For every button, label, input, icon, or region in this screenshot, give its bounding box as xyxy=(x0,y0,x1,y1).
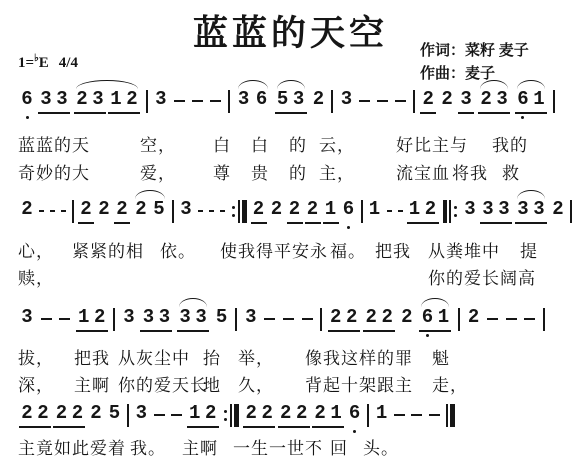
lyric-segment: 依。 xyxy=(160,237,196,262)
lyric-segment: 魁 xyxy=(432,344,450,369)
lyric-segment: 拔， xyxy=(18,344,54,369)
barline-stroke xyxy=(172,200,174,223)
duration-dash xyxy=(392,402,407,428)
lyric-segment: 云， xyxy=(319,131,355,156)
note: 2 xyxy=(269,198,285,224)
lyric-segment: 紧紧的相 xyxy=(72,237,144,262)
slur-group: 36 xyxy=(235,88,271,114)
barline-stroke xyxy=(331,90,333,113)
beamed-note-group: 22 xyxy=(363,306,395,332)
barline xyxy=(228,88,230,114)
note: 3 xyxy=(515,198,531,222)
note: 2 xyxy=(243,402,259,426)
note: 2 xyxy=(278,402,294,426)
barline-stroke xyxy=(238,200,240,223)
duration-dash xyxy=(396,198,405,224)
note: 1 xyxy=(407,198,423,222)
barline-stroke xyxy=(234,404,239,427)
note: 2 xyxy=(439,88,455,114)
slur-group: 61 xyxy=(514,88,548,114)
note: 2 xyxy=(114,198,130,224)
lyric-segment: 提 xyxy=(520,237,538,262)
duration-dash xyxy=(152,402,167,428)
key-note: E xyxy=(39,55,49,71)
lyric-segment: 心， xyxy=(18,237,54,262)
note: 3 xyxy=(496,198,512,222)
lyric-segment: 使我得平安永 xyxy=(220,237,328,262)
lyric-segment: 主， xyxy=(319,159,355,184)
note: 2 xyxy=(363,306,379,330)
note: 3 xyxy=(19,306,35,332)
note-low-octave: 6 xyxy=(419,306,435,330)
barline-stroke xyxy=(443,200,448,223)
duration-dash xyxy=(208,88,223,114)
lyric-segment: 一生一世不 xyxy=(233,434,323,459)
lyric-segment: 的 xyxy=(289,159,307,184)
lyrics-line-2-2: 赎，你的爱长阔高 xyxy=(0,264,581,288)
note: 2 xyxy=(251,198,267,224)
barline-stroke xyxy=(320,308,322,331)
duration-dash xyxy=(485,306,500,332)
lyric-segment: 蓝蓝的天 xyxy=(18,131,90,156)
note: 5 xyxy=(214,306,230,332)
lyrics-line-2-1: 心，紧紧的相依。使我得平安永福。把我从粪堆中提 xyxy=(0,237,581,261)
end-repeat-sign xyxy=(231,198,247,224)
lyrics-line-3-1: 拔，把我从灰尘中抬举，像我这样的罪魁 xyxy=(0,344,581,368)
beamed-note-group: 33 xyxy=(38,88,70,114)
lyric-segment: 的 xyxy=(289,131,307,156)
barline-stroke xyxy=(458,308,460,331)
note: 5 xyxy=(106,402,122,428)
repeat-dots xyxy=(231,200,236,223)
note: 1 xyxy=(435,306,451,330)
duration-dash xyxy=(39,306,54,332)
lyric-segment: 地 xyxy=(203,371,221,396)
duration-dash xyxy=(37,198,46,224)
note: 2 xyxy=(78,198,94,224)
note: 6 xyxy=(254,88,270,114)
lyric-segment: 白 xyxy=(251,131,269,156)
barline xyxy=(113,306,115,332)
duration-dash xyxy=(169,402,184,428)
lyric-segment: 好比主与 xyxy=(396,131,468,156)
music-line-4: 22222531222222161 xyxy=(18,402,458,428)
note-low-octave: 6 xyxy=(341,198,357,224)
lyric-segment: 奇妙的大 xyxy=(18,159,90,184)
barline xyxy=(413,88,415,114)
lyricist-credit: 作词：菜籽 麦子 xyxy=(420,40,529,63)
note: 2 xyxy=(88,402,104,428)
lyric-segment: 背起十架跟主 xyxy=(305,371,413,396)
barline-stroke xyxy=(146,90,148,113)
repeat-dot xyxy=(454,214,457,217)
note: 3 xyxy=(458,88,474,114)
beamed-note-group: 61 xyxy=(419,306,451,332)
note: 2 xyxy=(294,402,310,426)
barline xyxy=(331,88,333,114)
note: 3 xyxy=(291,88,307,112)
final-barline xyxy=(446,402,455,428)
lyrics-line-4-1: 主竟如此爱着我。主啊一生一世不回头。 xyxy=(0,434,581,458)
note: 3 xyxy=(54,88,70,112)
barline xyxy=(320,306,322,332)
duration-dash xyxy=(48,198,57,224)
note: 2 xyxy=(96,198,112,224)
lyrics-line-3-2: 深，主啊你的爱天长地久，背起十架跟主走， xyxy=(0,371,581,395)
note: 2 xyxy=(259,402,275,426)
duration-dash xyxy=(393,88,408,114)
note: 2 xyxy=(53,402,69,426)
note: 2 xyxy=(305,198,321,224)
note: 2 xyxy=(478,88,494,112)
note: 3 xyxy=(177,306,193,330)
note: 3 xyxy=(338,88,354,114)
duration-dash xyxy=(207,198,216,224)
beamed-note-group: 12 xyxy=(407,198,439,224)
note: 2 xyxy=(92,306,108,330)
note: 3 xyxy=(480,198,496,222)
note: 3 xyxy=(462,198,478,224)
barline-stroke xyxy=(450,404,455,427)
lyric-segment: 举， xyxy=(238,344,274,369)
lyric-segment: 久， xyxy=(238,371,274,396)
lyric-segment: 从灰尘中 xyxy=(118,344,190,369)
note-low-octave: 6 xyxy=(515,88,531,112)
duration-dash xyxy=(522,306,537,332)
note: 3 xyxy=(156,306,172,330)
beamed-note-group: 33 xyxy=(177,306,209,332)
note: 2 xyxy=(344,306,360,330)
note-low-octave: 6 xyxy=(19,88,35,114)
lyric-segment: 主啊 xyxy=(74,371,110,396)
duration-dash xyxy=(300,306,315,332)
credits: 作词：菜籽 麦子 作曲：麦子 xyxy=(420,40,529,85)
note: 2 xyxy=(423,198,439,222)
note: 5 xyxy=(151,198,167,224)
barline xyxy=(172,198,174,224)
lyric-segment: 流宝血 xyxy=(396,159,450,184)
note: 1 xyxy=(76,306,92,330)
barline-stroke xyxy=(113,308,115,331)
note: 3 xyxy=(38,88,54,112)
barline xyxy=(146,88,148,114)
lyric-segment: 我。 xyxy=(130,434,166,459)
music-line-3: 312333335322222612 xyxy=(18,306,548,332)
note: 5 xyxy=(275,88,291,112)
note: 2 xyxy=(287,198,303,224)
duration-dash xyxy=(190,88,205,114)
note-low-octave: 6 xyxy=(347,402,363,428)
beamed-note-group: 22 xyxy=(243,402,275,428)
duration-dash xyxy=(427,402,442,428)
note: 3 xyxy=(243,306,259,332)
lyric-segment: 尊 xyxy=(213,159,231,184)
beamed-note-group: 33 xyxy=(515,198,547,224)
key-time-signature: 1=♭E4/4 xyxy=(18,53,78,72)
barline-stroke xyxy=(446,404,448,427)
duration-dash xyxy=(196,198,205,224)
lyric-segment: 深， xyxy=(18,371,54,396)
barline-stroke xyxy=(413,90,415,113)
lyric-segment: 救 xyxy=(502,159,520,184)
slur-group: 2312 xyxy=(73,88,141,114)
beamed-note-group: 22 xyxy=(53,402,85,428)
note: 3 xyxy=(153,88,169,114)
repeat-dot xyxy=(224,410,227,413)
music-line-1: 633231233653232232361 xyxy=(18,88,558,114)
barline xyxy=(235,306,237,332)
note: 3 xyxy=(494,88,510,112)
note: 3 xyxy=(236,88,252,114)
note: 1 xyxy=(187,402,203,426)
note: 3 xyxy=(121,306,137,332)
lyric-segment: 头。 xyxy=(363,434,399,459)
lyric-segment: 从粪堆中 xyxy=(428,237,500,262)
lyric-segment: 福。 xyxy=(330,237,366,262)
note: 2 xyxy=(310,88,326,114)
repeat-dot xyxy=(224,418,227,421)
duration-dash xyxy=(504,306,519,332)
barline-stroke xyxy=(553,90,555,113)
barline-stroke xyxy=(235,308,237,331)
note: 3 xyxy=(178,198,194,224)
barline xyxy=(458,306,460,332)
barline xyxy=(553,88,555,114)
barline-stroke xyxy=(367,404,369,427)
lyric-segment: 把我 xyxy=(375,237,411,262)
duration-dash xyxy=(172,88,187,114)
slur-group: 33 xyxy=(176,306,210,332)
repeat-dot xyxy=(232,214,235,217)
barline-stroke xyxy=(449,200,451,223)
note: 2 xyxy=(379,306,395,330)
note: 1 xyxy=(323,198,339,224)
beamed-note-group: 22 xyxy=(278,402,310,428)
duration-dash xyxy=(357,88,372,114)
note: 1 xyxy=(328,402,344,426)
note: 1 xyxy=(531,88,547,112)
slur-group: 25 xyxy=(132,198,168,224)
note: 2 xyxy=(19,402,35,426)
lyric-segment: 空， xyxy=(140,131,176,156)
lyric-segment: 贵 xyxy=(251,159,269,184)
lyric-segment: 你的爱天长 xyxy=(118,371,208,396)
sheet-music-page: 蓝蓝的天空 1=♭E4/4 作词：菜籽 麦子 作曲：麦子 63323123365… xyxy=(0,0,581,476)
start-repeat-sign xyxy=(443,198,459,224)
repeat-dots xyxy=(223,404,228,427)
lyric-segment: 白 xyxy=(213,131,231,156)
lyric-segment: 把我 xyxy=(74,344,110,369)
note: 3 xyxy=(531,198,547,222)
barline-stroke xyxy=(127,404,129,427)
repeat-dots xyxy=(453,200,458,223)
note: 2 xyxy=(19,198,35,224)
note: 2 xyxy=(74,88,90,112)
slur-group: 53 xyxy=(274,88,308,114)
note: 2 xyxy=(312,402,328,426)
beamed-note-group: 12 xyxy=(108,88,140,114)
barline-stroke xyxy=(242,200,247,223)
lyric-segment: 你的爱长阔高 xyxy=(428,264,536,289)
note: 3 xyxy=(133,402,149,428)
note: 1 xyxy=(367,198,383,224)
duration-dash xyxy=(409,402,424,428)
lyric-segment: 我的 xyxy=(492,131,528,156)
note: 3 xyxy=(140,306,156,330)
duration-dash xyxy=(57,306,72,332)
barline xyxy=(367,402,369,428)
lyric-segment: 像我这样的罪 xyxy=(305,344,413,369)
beamed-note-group: 23 xyxy=(74,88,106,114)
lyric-segment: 将我 xyxy=(452,159,488,184)
barline xyxy=(543,306,545,332)
lyric-segment: 走， xyxy=(432,371,468,396)
barline xyxy=(72,198,74,224)
barline xyxy=(127,402,129,428)
beamed-note-group: 53 xyxy=(275,88,307,114)
beamed-note-group: 21 xyxy=(312,402,344,428)
repeat-dot xyxy=(232,206,235,209)
beamed-note-group: 33 xyxy=(140,306,172,332)
lyric-segment: 赎， xyxy=(18,264,54,289)
note: 2 xyxy=(35,402,51,426)
end-repeat-sign xyxy=(223,402,239,428)
slur-group: 33 xyxy=(514,198,548,224)
key-prefix: 1= xyxy=(18,55,34,71)
beamed-note-group: 22 xyxy=(19,402,51,428)
barline-stroke xyxy=(570,200,572,223)
barline-stroke xyxy=(230,404,232,427)
lyric-segment: 主啊 xyxy=(182,434,218,459)
duration-dash xyxy=(385,198,394,224)
barline-stroke xyxy=(361,200,363,223)
note: 2 xyxy=(399,306,415,332)
note: 2 xyxy=(466,306,482,332)
lyric-segment: 回 xyxy=(330,434,348,459)
note: 2 xyxy=(203,402,219,426)
duration-dash xyxy=(375,88,390,114)
note: 3 xyxy=(193,306,209,330)
note: 1 xyxy=(108,88,124,112)
note: 3 xyxy=(90,88,106,112)
duration-dash xyxy=(218,198,227,224)
barline xyxy=(361,198,363,224)
repeat-dot xyxy=(454,206,457,209)
beamed-note-group: 12 xyxy=(187,402,219,428)
duration-dash xyxy=(262,306,277,332)
composer-credit: 作曲：麦子 xyxy=(420,63,529,86)
music-line-2: 2222253222216112333332 xyxy=(18,198,575,224)
note: 2 xyxy=(420,88,436,114)
beamed-note-group: 33 xyxy=(480,198,512,224)
barline-stroke xyxy=(228,90,230,113)
beamed-note-group: 12 xyxy=(76,306,108,332)
note: 2 xyxy=(328,306,344,330)
barline-stroke xyxy=(72,200,74,223)
note: 1 xyxy=(374,402,390,428)
lyric-segment: 主竟如此爱着 xyxy=(18,434,126,459)
beamed-note-group: 61 xyxy=(515,88,547,114)
note: 2 xyxy=(550,198,566,224)
note: 2 xyxy=(69,402,85,426)
beamed-note-group: 22 xyxy=(328,306,360,332)
note: 2 xyxy=(133,198,149,224)
barline xyxy=(570,198,572,224)
time-signature: 4/4 xyxy=(59,55,78,71)
lyrics-line-1-1: 蓝蓝的天空，白白的云，好比主与我的 xyxy=(0,131,581,155)
lyrics-line-1-2: 奇妙的大爱，尊贵的主，流宝血将我救 xyxy=(0,159,581,183)
duration-dash xyxy=(281,306,296,332)
barline-stroke xyxy=(543,308,545,331)
beamed-note-group: 23 xyxy=(478,88,510,114)
lyric-segment: 爱， xyxy=(140,159,176,184)
lyric-segment: 抬 xyxy=(203,344,221,369)
slur-group: 23 xyxy=(477,88,511,114)
duration-dash xyxy=(59,198,68,224)
note: 2 xyxy=(124,88,140,112)
slur-group: 61 xyxy=(418,306,452,332)
